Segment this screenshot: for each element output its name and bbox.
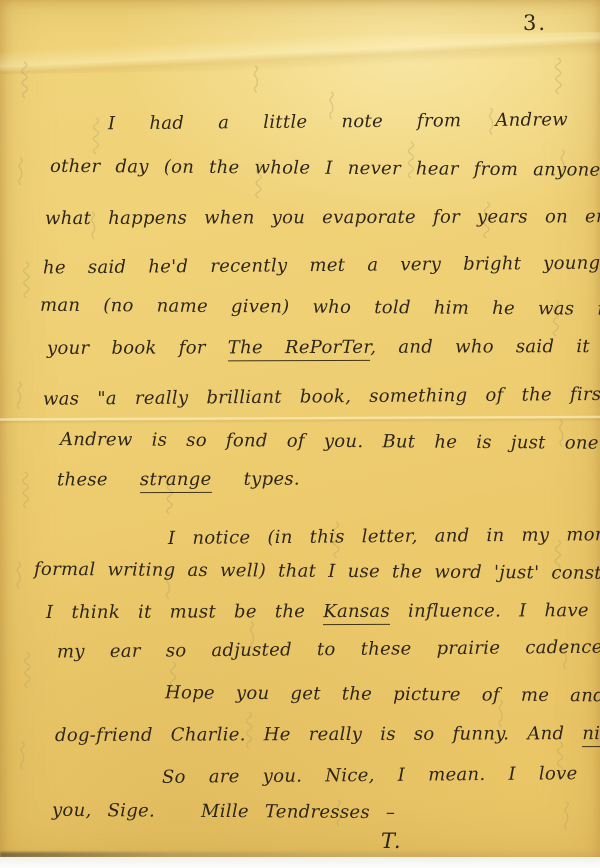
letter-line: my ear so adjusted to these prairie cade… <box>57 636 600 664</box>
letter-line: what happens when you evaporate for year… <box>45 205 600 231</box>
underlined-text: strange <box>140 469 212 493</box>
line-text: these <box>57 469 140 490</box>
letter-line: So are you. Nice, I mean. I love <box>162 762 578 789</box>
line-text: you, Sige. <box>52 800 155 822</box>
line-text: I think it must be the <box>46 601 323 623</box>
underlined-text: The RePorTer <box>228 337 371 361</box>
signature-initial: T. <box>381 831 403 852</box>
letter-line: I notice (in this letter, and in my more <box>168 523 600 550</box>
line-text: dog-friend Charlie. He really is so funn… <box>55 723 582 746</box>
scanned-letter-page: 3. I had a little note from Andrew the o… <box>0 0 600 868</box>
letter-line: dog-friend Charlie. He really is so funn… <box>55 722 600 747</box>
line-text: formal writing as well) that I use the w… <box>34 559 600 584</box>
line-text: Andrew is so fond of you. But he is just… <box>60 429 600 454</box>
line-text: Hope you get the picture of me and my <box>165 682 600 706</box>
letter-line: Hope you get the picture of me and my <box>165 681 600 708</box>
line-text: my ear so adjusted to these prairie cade… <box>57 637 600 663</box>
underlined-text: nice <box>582 723 600 747</box>
line-text: So are you. Nice, I mean. I love <box>162 763 578 788</box>
line-text: I notice (in this letter, and in my more <box>168 524 600 549</box>
line-text: influence. I have got <box>390 600 600 622</box>
letter-line: formal writing as well) that I use the w… <box>34 558 600 586</box>
line-text: man (no name given) who told him he was … <box>40 295 600 321</box>
line-text: your book for <box>47 337 228 359</box>
letter-line: you, Sige.Mille Tendresses – <box>52 799 395 825</box>
line-text: types. <box>212 469 300 490</box>
letter-line: was "a really brilliant book, something … <box>43 382 600 411</box>
page-number: 3. <box>523 13 547 34</box>
line-text: what happens when you evaporate for year… <box>45 206 600 229</box>
line-text: , and who said it <box>370 336 590 358</box>
letter-line: man (no name given) who told him he was … <box>40 294 600 322</box>
letter-line: your book for The RePorTer, and who said… <box>47 335 590 360</box>
letter-line: I think it must be the Kansas influence.… <box>46 599 600 624</box>
line-text: was "a really brilliant book, something … <box>43 383 600 410</box>
closing-phrase: Mille Tendresses – <box>201 801 395 823</box>
letter-line: other day (on the whole I never hear fro… <box>50 155 600 183</box>
letter-line: these strange types. <box>57 468 300 492</box>
scanner-background <box>0 857 600 868</box>
underlined-text: Kansas <box>323 601 390 625</box>
line-text: he said he'd recently met a very bright … <box>43 253 600 279</box>
letter-line: he said he'd recently met a very bright … <box>43 252 600 280</box>
line-text: I had a little note from Andrew the <box>108 109 600 135</box>
line-text: other day (on the whole I never hear fro… <box>50 156 600 181</box>
letter-line: Andrew is so fond of you. But he is just… <box>60 428 600 455</box>
letter-line: I had a little note from Andrew the <box>108 108 600 136</box>
